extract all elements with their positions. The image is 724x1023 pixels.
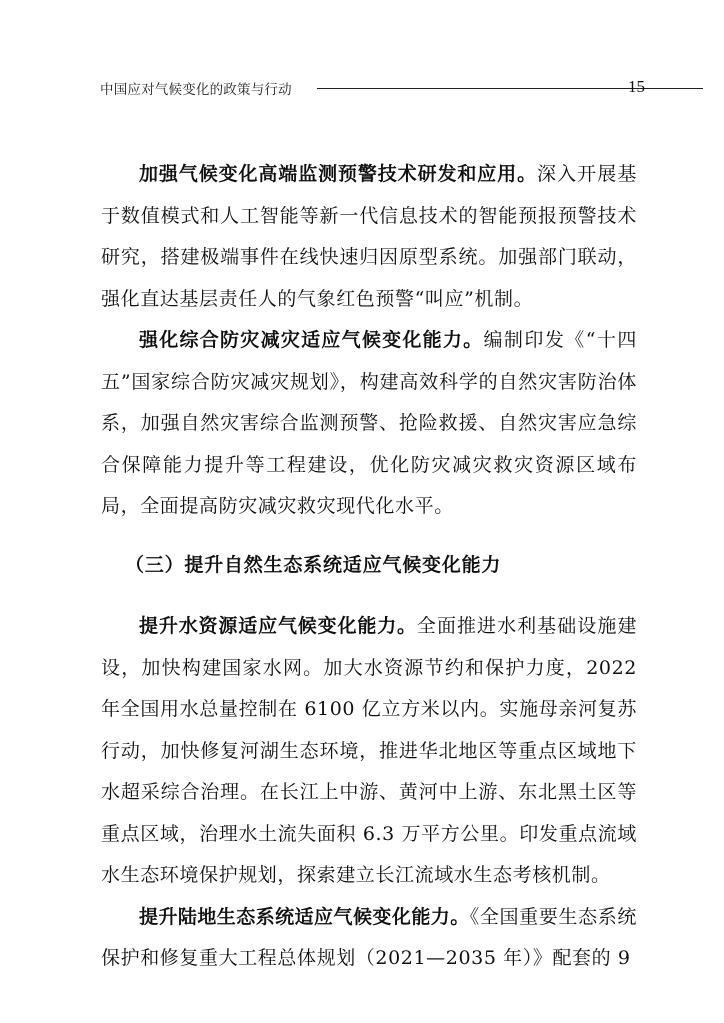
paragraph-weather-warning: 加强气候变化高端监测预警技术研发和应用。深入开展基于数值模式和人工智能等新一代信…: [101, 154, 637, 320]
paragraph-lead: 提升陆地生态系统适应气候变化能力。: [139, 906, 470, 928]
paragraph-lead: 强化综合防灾减灾适应气候变化能力。: [139, 329, 483, 351]
running-header-title: 中国应对气候变化的政策与行动: [100, 78, 292, 98]
paragraph-text: 编制印发《“十四五”国家综合防灾减灾规划》，构建高效科学的自然灾害防治体系，加强…: [101, 329, 637, 517]
paragraph-disaster-reduction: 强化综合防灾减灾适应气候变化能力。编制印发《“十四五”国家综合防灾减灾规划》，构…: [101, 320, 637, 528]
paragraph-land-ecosystem: 提升陆地生态系统适应气候变化能力。《全国重要生态系统保护和修复重大工程总体规划（…: [101, 897, 637, 980]
section-heading: （三）提升自然生态系统适应气候变化能力: [125, 545, 637, 587]
paragraph-lead: 提升水资源适应气候变化能力。: [139, 615, 417, 637]
header-rule-divider: [317, 88, 703, 89]
running-header: 中国应对气候变化的政策与行动 15: [100, 78, 645, 102]
page-body: 加强气候变化高端监测预警技术研发和应用。深入开展基于数值模式和人工智能等新一代信…: [101, 154, 637, 980]
paragraph-lead: 加强气候变化高端监测预警技术研发和应用。: [139, 163, 537, 185]
page-number: 15: [628, 77, 645, 97]
paragraph-water-resources: 提升水资源适应气候变化能力。全面推进水利基础设施建设，加快构建国家水网。加大水资…: [101, 606, 637, 897]
paragraph-text: 全面推进水利基础设施建设，加快构建国家水网。加大水资源节约和保护力度，2022 …: [101, 615, 637, 886]
